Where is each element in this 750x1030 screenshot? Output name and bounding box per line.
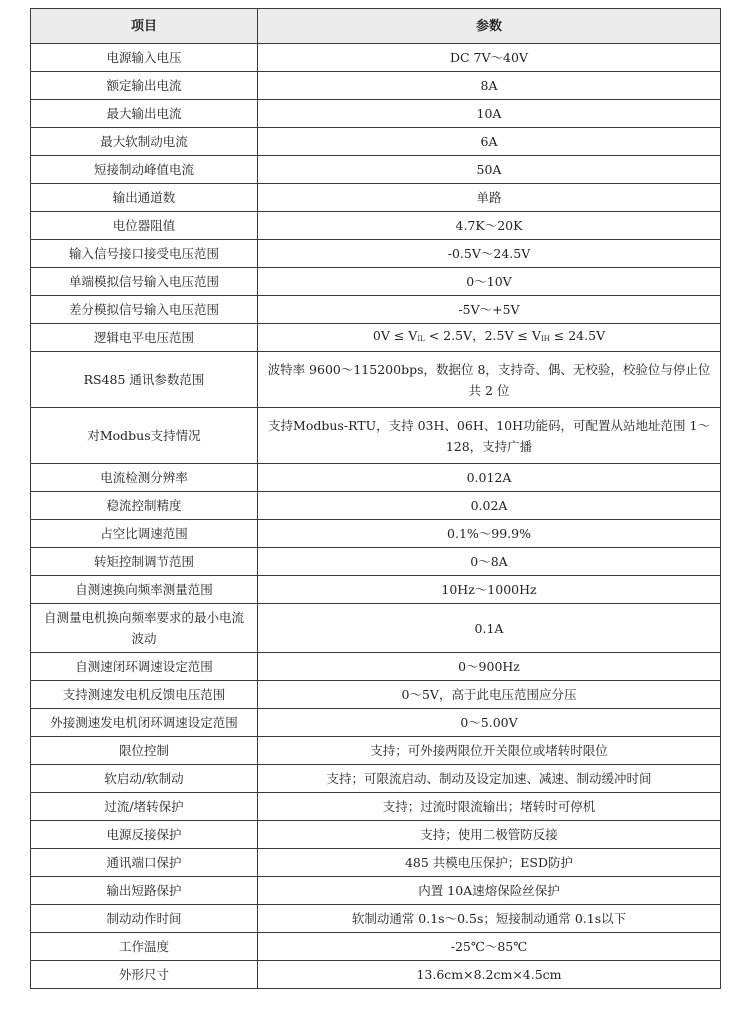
item-cell: 外形尺寸 [31, 961, 258, 989]
table-row: 支持测速发电机反馈电压范围0～5V，高于此电压范围应分压 [31, 681, 721, 709]
table-row: 工作温度-25℃～85℃ [31, 933, 721, 961]
value-cell: 0.012A [258, 464, 721, 492]
value-cell: 软制动通常 0.1s～0.5s；短接制动通常 0.1s以下 [258, 905, 721, 933]
value-cell: DC 7V～40V [258, 44, 721, 72]
table-header-row: 项目 参数 [31, 9, 721, 44]
value-cell: 4.7K～20K [258, 212, 721, 240]
item-cell: 逻辑电平电压范围 [31, 324, 258, 352]
value-cell: 0～900Hz [258, 653, 721, 681]
value-cell: -0.5V～24.5V [258, 240, 721, 268]
value-cell: 0～5V，高于此电压范围应分压 [258, 681, 721, 709]
item-cell: 额定输出电流 [31, 72, 258, 100]
item-cell: 自测速闭环调速设定范围 [31, 653, 258, 681]
item-cell: 电源输入电压 [31, 44, 258, 72]
value-cell: 0～8A [258, 548, 721, 576]
item-cell: 自测量电机换向频率要求的最小电流波动 [31, 604, 258, 653]
item-cell: 最大软制动电流 [31, 128, 258, 156]
value-cell: 波特率 9600～115200bps，数据位 8，支持奇、偶、无校验，校验位与停… [258, 352, 721, 408]
item-cell: 单端模拟信号输入电压范围 [31, 268, 258, 296]
value-cell: 支持；可限流启动、制动及设定加速、减速、制动缓冲时间 [258, 765, 721, 793]
table-row: 电流检测分辨率0.012A [31, 464, 721, 492]
table-row: 自测速闭环调速设定范围0～900Hz [31, 653, 721, 681]
item-cell: RS485 通讯参数范围 [31, 352, 258, 408]
value-cell: 0～5.00V [258, 709, 721, 737]
value-cell: 50A [258, 156, 721, 184]
item-cell: 转矩控制调节范围 [31, 548, 258, 576]
value-cell: 支持；使用二极管防反接 [258, 821, 721, 849]
item-cell: 差分模拟信号输入电压范围 [31, 296, 258, 324]
item-cell: 稳流控制精度 [31, 492, 258, 520]
spec-table: 项目 参数 电源输入电压DC 7V～40V额定输出电流8A最大输出电流10A最大… [30, 8, 721, 989]
table-row: 输出通道数单路 [31, 184, 721, 212]
table-row: 稳流控制精度0.02A [31, 492, 721, 520]
table-row: 对Modbus支持情况支持Modbus-RTU，支持 03H、06H、10H功能… [31, 408, 721, 464]
value-cell: -5V～+5V [258, 296, 721, 324]
value-cell: 13.6cm×8.2cm×4.5cm [258, 961, 721, 989]
table-row: 输入信号接口接受电压范围-0.5V～24.5V [31, 240, 721, 268]
table-row: 限位控制支持；可外接两限位开关限位或堵转时限位 [31, 737, 721, 765]
item-cell: 外接测速发电机闭环调速设定范围 [31, 709, 258, 737]
value-cell: 485 共模电压保护；ESD防护 [258, 849, 721, 877]
item-cell: 支持测速发电机反馈电压范围 [31, 681, 258, 709]
table-row: 逻辑电平电压范围0V ≤ VIL < 2.5V，2.5V ≤ VIH ≤ 24.… [31, 324, 721, 352]
value-cell: 8A [258, 72, 721, 100]
item-cell: 软启动/软制动 [31, 765, 258, 793]
table-row: 外形尺寸13.6cm×8.2cm×4.5cm [31, 961, 721, 989]
value-cell: 10A [258, 100, 721, 128]
table-row: 电位器阻值4.7K～20K [31, 212, 721, 240]
table-row: 占空比调速范围0.1%～99.9% [31, 520, 721, 548]
value-cell: 6A [258, 128, 721, 156]
header-item: 项目 [31, 9, 258, 44]
item-cell: 电位器阻值 [31, 212, 258, 240]
table-row: 电源反接保护支持；使用二极管防反接 [31, 821, 721, 849]
table-row: 通讯端口保护485 共模电压保护；ESD防护 [31, 849, 721, 877]
item-cell: 占空比调速范围 [31, 520, 258, 548]
table-row: RS485 通讯参数范围波特率 9600～115200bps，数据位 8，支持奇… [31, 352, 721, 408]
table-row: 制动动作时间软制动通常 0.1s～0.5s；短接制动通常 0.1s以下 [31, 905, 721, 933]
table-row: 外接测速发电机闭环调速设定范围0～5.00V [31, 709, 721, 737]
value-cell: 0V ≤ VIL < 2.5V，2.5V ≤ VIH ≤ 24.5V [258, 324, 721, 352]
item-cell: 输入信号接口接受电压范围 [31, 240, 258, 268]
table-row: 差分模拟信号输入电压范围-5V～+5V [31, 296, 721, 324]
value-cell: 支持；可外接两限位开关限位或堵转时限位 [258, 737, 721, 765]
table-body: 电源输入电压DC 7V～40V额定输出电流8A最大输出电流10A最大软制动电流6… [31, 44, 721, 989]
value-cell: 0～10V [258, 268, 721, 296]
item-cell: 通讯端口保护 [31, 849, 258, 877]
item-cell: 电源反接保护 [31, 821, 258, 849]
table-row: 最大输出电流10A [31, 100, 721, 128]
table-row: 额定输出电流8A [31, 72, 721, 100]
item-cell: 电流检测分辨率 [31, 464, 258, 492]
item-cell: 工作温度 [31, 933, 258, 961]
item-cell: 过流/堵转保护 [31, 793, 258, 821]
item-cell: 制动动作时间 [31, 905, 258, 933]
item-cell: 输出通道数 [31, 184, 258, 212]
item-cell: 最大输出电流 [31, 100, 258, 128]
table-row: 过流/堵转保护支持；过流时限流输出；堵转时可停机 [31, 793, 721, 821]
table-row: 自测量电机换向频率要求的最小电流波动0.1A [31, 604, 721, 653]
item-cell: 限位控制 [31, 737, 258, 765]
item-cell: 自测速换向频率测量范围 [31, 576, 258, 604]
item-cell: 对Modbus支持情况 [31, 408, 258, 464]
value-cell: -25℃～85℃ [258, 933, 721, 961]
value-cell: 支持Modbus-RTU，支持 03H、06H、10H功能码，可配置从站地址范围… [258, 408, 721, 464]
value-cell: 0.1%～99.9% [258, 520, 721, 548]
table-row: 软启动/软制动支持；可限流启动、制动及设定加速、减速、制动缓冲时间 [31, 765, 721, 793]
value-cell: 单路 [258, 184, 721, 212]
table-row: 转矩控制调节范围0～8A [31, 548, 721, 576]
table-row: 输出短路保护内置 10A速熔保险丝保护 [31, 877, 721, 905]
value-cell: 内置 10A速熔保险丝保护 [258, 877, 721, 905]
table-row: 电源输入电压DC 7V～40V [31, 44, 721, 72]
value-cell: 支持；过流时限流输出；堵转时可停机 [258, 793, 721, 821]
value-cell: 10Hz～1000Hz [258, 576, 721, 604]
value-cell: 0.02A [258, 492, 721, 520]
header-value: 参数 [258, 9, 721, 44]
table-row: 短接制动峰值电流50A [31, 156, 721, 184]
table-row: 最大软制动电流6A [31, 128, 721, 156]
table-row: 单端模拟信号输入电压范围0～10V [31, 268, 721, 296]
item-cell: 短接制动峰值电流 [31, 156, 258, 184]
value-cell: 0.1A [258, 604, 721, 653]
table-row: 自测速换向频率测量范围10Hz～1000Hz [31, 576, 721, 604]
item-cell: 输出短路保护 [31, 877, 258, 905]
